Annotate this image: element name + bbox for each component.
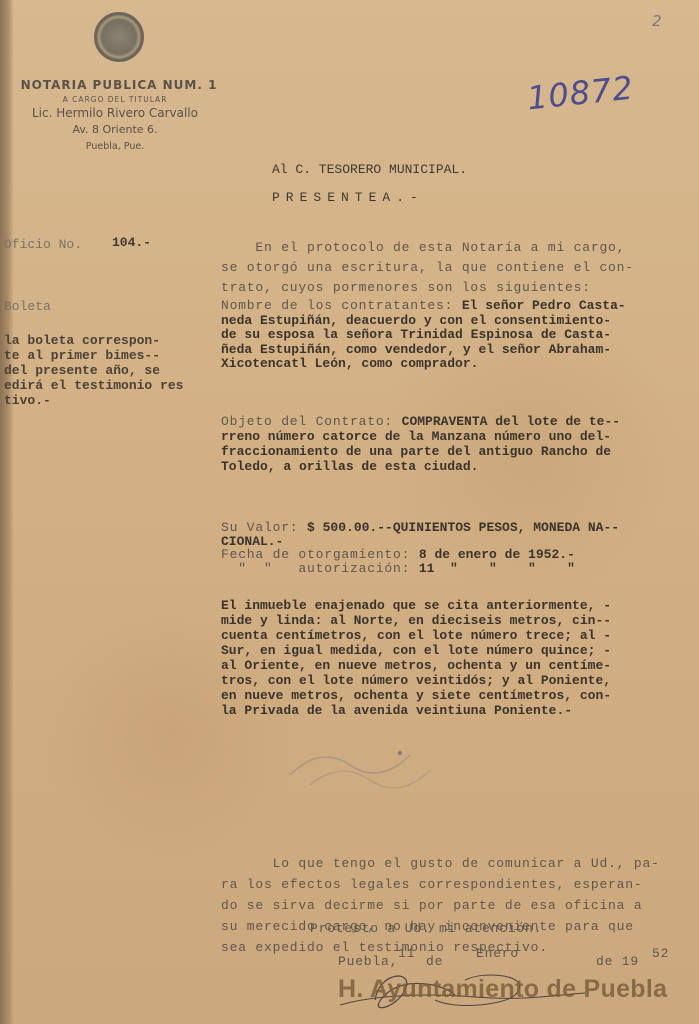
valor-fechas-section: Su Valor: $ 500.00.--QUINIENTOS PESOS, M… xyxy=(221,521,699,575)
salutation: PRESENTEA.- xyxy=(272,191,424,205)
date-year-prefix: de 19 xyxy=(596,954,639,969)
oficio-label: Oficio No. xyxy=(4,238,82,252)
closing-paragraph: Lo que tengo el gusto de comunicar a Ud.… xyxy=(221,853,699,958)
letterhead-notary-name: Lic. Hermilo Rivero Carvallo xyxy=(0,106,230,120)
addressee: Al C. TESORERO MUNICIPAL. xyxy=(272,163,467,177)
letterhead-city: Puebla, Pue. xyxy=(0,141,230,152)
fecha-autorizacion-label: " " autorización: xyxy=(221,561,419,576)
national-seal-icon xyxy=(94,12,144,62)
contratantes-label: Nombre de los contratantes: xyxy=(221,298,462,313)
date-year: 52 xyxy=(652,946,669,961)
faint-stamp-mark xyxy=(280,725,460,795)
boleta-note: la boleta correspon- te al primer bimes-… xyxy=(4,333,183,408)
boleta-label: Boleta xyxy=(4,300,51,314)
contratantes-section: Nombre de los contratantes: El señor Ped… xyxy=(221,299,699,372)
date-month: Enero xyxy=(476,946,519,961)
objeto-section: Objeto del Contrato: COMPRAVENTA del lot… xyxy=(221,414,699,474)
fecha-autorizacion: 11 " " " " xyxy=(419,561,575,576)
notary-letterhead: NOTARIA PUBLICA NUM. 1 A CARGO DEL TITUL… xyxy=(0,78,230,152)
letterhead-address: Av. 8 Oriente 6. xyxy=(0,123,230,136)
oficio-number: 104.- xyxy=(112,236,151,250)
handwritten-page-number: 2 xyxy=(652,12,662,30)
archive-watermark: H. Ayuntamiento de Puebla xyxy=(338,975,667,1004)
letterhead-subtitle: A CARGO DEL TITULAR xyxy=(0,95,230,104)
letterhead-title: NOTARIA PUBLICA NUM. 1 xyxy=(8,78,230,92)
protesto-line: Protesto a Ud. mi atención. xyxy=(310,922,542,936)
date-day: 11 xyxy=(398,946,415,961)
inmueble-description: El inmueble enajenado que se cita anteri… xyxy=(221,598,699,718)
intro-paragraph: En el protocolo de esta Notaría a mi car… xyxy=(221,238,699,298)
page-binding-shadow xyxy=(0,0,14,1024)
objeto-label: Objeto del Contrato: xyxy=(221,414,402,429)
handwritten-reference-number: 10872 xyxy=(525,69,635,118)
